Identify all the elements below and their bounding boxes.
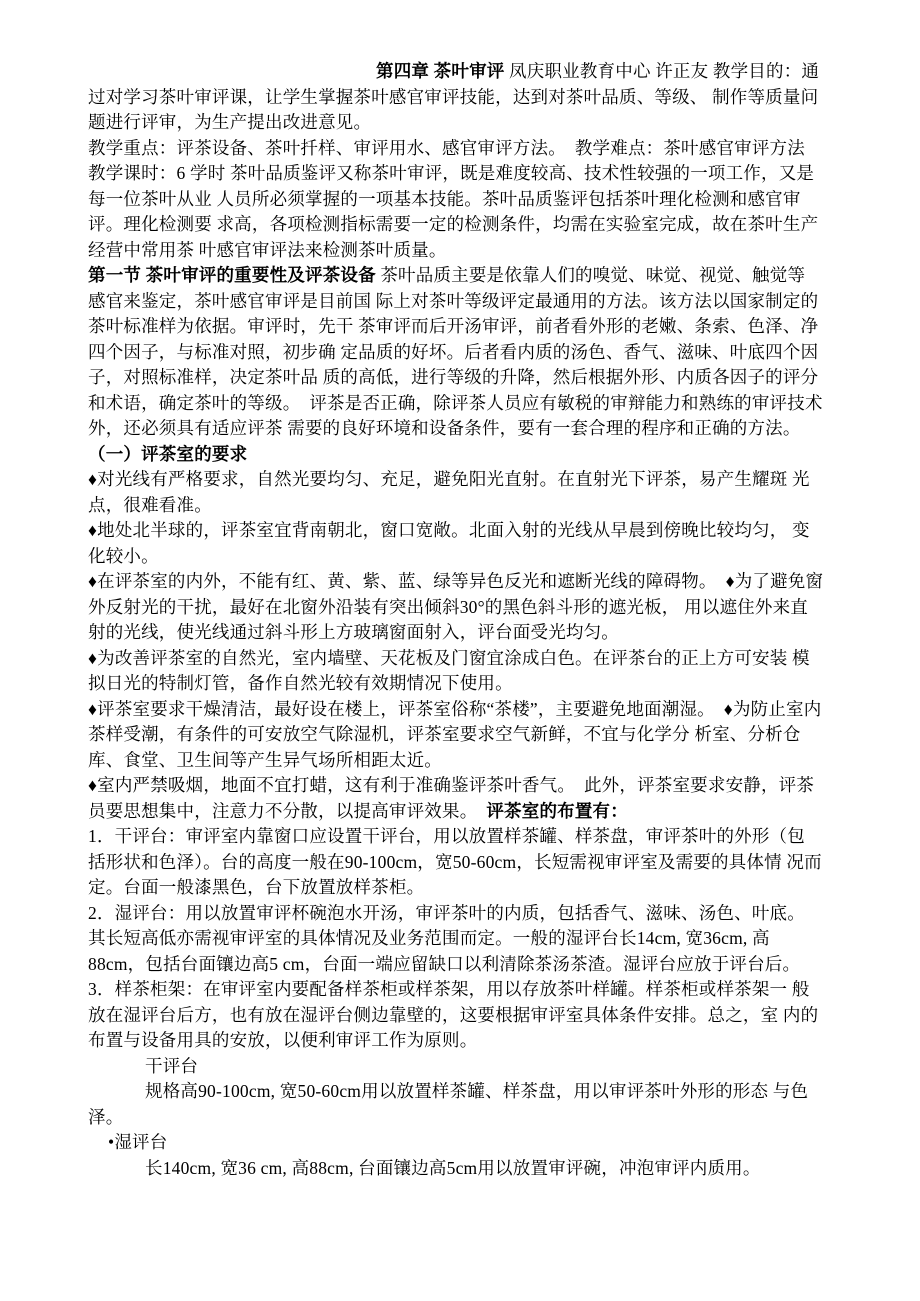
text-line: ♦为改善评茶室的自然光，室内墙壁、天花板及门窗宜涂成白色。在评茶台的正上方可安装… (88, 646, 836, 672)
text-line: 茶样受潮，有条件的可安放空气除湿机，评茶室要求空气新鲜，不宜与化学分 析室、分析… (88, 722, 836, 748)
text-segment: 放在湿评台后方，也有放在湿评台侧边靠壁的，这要根据审评室具体条件安排。总之，室 … (88, 1005, 818, 1025)
text-segment: 泽。 (88, 1107, 123, 1127)
document-body: 第四章 茶叶审评 凤庆职业教育中心 许正友 教学目的：通过对学习茶叶审评课，让学… (88, 59, 836, 1181)
text-line: 感官来鉴定，茶叶感官审评是目前国 际上对茶叶等级评定最通用的方法。该方法以国家制… (88, 289, 836, 315)
text-line: 定。台面一般漆黑色，台下放置放样茶柜。 (88, 875, 836, 901)
text-line: 茶叶标准样为依据。审评时，先干 茶审评而后开汤审评，前者看外形的老嫩、条索、色泽… (88, 314, 836, 340)
text-line: 点，很难看准。 (88, 493, 836, 519)
text-line: ♦地处北半球的，评茶室宜背南朝北，窗口宽敞。北面入射的光线从早晨到傍晚比较均匀，… (88, 518, 836, 544)
text-line: 泽。 (88, 1105, 836, 1131)
text-segment: 每一位茶叶从业 人员所必须掌握的一项基本技能。茶叶品质鉴评包括茶叶理化检测和感官… (88, 189, 801, 209)
text-segment: 射的光线，使光线通过斜斗形上方玻璃窗面射入，评台面受光均匀。 (88, 622, 619, 642)
text-line: 第四章 茶叶审评 凤庆职业教育中心 许正友 教学目的：通 (88, 59, 836, 85)
text-line: 四个因子，与标准对照，初步确 定品质的好坏。后者看内质的汤色、香气、滋味、叶底四… (88, 340, 836, 366)
text-line: 规格高90-100cm, 宽50-60cm用以放置样茶罐、样茶盘，用以审评茶叶外… (88, 1079, 836, 1105)
text-segment: 1．干评台：审评室内靠窗口应设置干评台，用以放置样茶罐、样茶盘，审评茶叶的外形（… (88, 826, 805, 846)
text-segment: 长140cm, 宽36 cm, 高88cm, 台面镶边高5cm用以放置审评碗，冲… (145, 1158, 761, 1178)
bold-text-segment: 第四章 茶叶审评 (376, 61, 504, 81)
bold-text-segment: （一）评茶室的要求 (88, 444, 247, 464)
text-segment: 题进行评审，为生产提出改进意见。 (88, 112, 371, 132)
text-line: ♦评茶室要求干燥清洁，最好设在楼上，评茶室俗称“茶楼”，主要避免地面潮湿。 ♦为… (88, 697, 836, 723)
text-segment: 四个因子，与标准对照，初步确 定品质的好坏。后者看内质的汤色、香气、滋味、叶底四… (88, 342, 818, 362)
bold-text-segment: 第一节 茶叶审评的重要性及评茶设备 (88, 265, 376, 285)
text-line: 教学重点：评茶设备、茶叶扦样、审评用水、感官审评方法。 教学难点：茶叶感官审评方… (88, 136, 836, 162)
text-line: 2．湿评台：用以放置审评杯碗泡水开汤，审评茶叶的内质，包括香气、滋味、汤色、叶底… (88, 901, 836, 927)
text-line: 和术语，确定茶叶的等级。 评茶是否正确，除评茶人员应有敏税的审辩能力和熟练的审评… (88, 391, 836, 417)
text-line: 题进行评审，为生产提出改进意见。 (88, 110, 836, 136)
text-segment: 拟日光的特制灯管，备作自然光较有效期情况下使用。 (88, 673, 513, 693)
bold-text-segment: 评茶室的布置有： (486, 801, 628, 821)
text-segment: 教学课时：6 学时 茶叶品质鉴评又称茶叶审评，既是难度较高、技术性较强的一项工作… (88, 163, 814, 183)
text-line: 1．干评台：审评室内靠窗口应设置干评台，用以放置样茶罐、样茶盘，审评茶叶的外形（… (88, 824, 836, 850)
text-segment: 外，还必须具有适应评茶 需要的良好环境和设备条件，要有一套合理的程序和正确的方法… (88, 418, 801, 438)
text-line: 过对学习茶叶审评课，让学生掌握茶叶感官审评技能，达到对茶叶品质、等级、 制作等质… (88, 85, 836, 111)
text-segment: 点，很难看准。 (88, 495, 212, 515)
text-line: 外，还必须具有适应评茶 需要的良好环境和设备条件，要有一套合理的程序和正确的方法… (88, 416, 836, 442)
text-segment: 88cm，包括台面镶边高5 cm，台面一端应留缺口以利清除茶汤茶渣。湿评台应放于… (88, 954, 800, 974)
text-segment: 评。理化检测要 求高，各项检测指标需要一定的检测条件，均需在实验室完成，故在茶叶… (88, 214, 818, 234)
text-line: 第一节 茶叶审评的重要性及评茶设备 茶叶品质主要是依靠人们的嗅觉、味觉、视觉、触… (88, 263, 836, 289)
text-line: 括形状和色泽）。台的高度一般在90-100cm，宽50-60cm，长短需视审评室… (88, 850, 836, 876)
document-page: 第四章 茶叶审评 凤庆职业教育中心 许正友 教学目的：通过对学习茶叶审评课，让学… (0, 0, 920, 1301)
text-segment: 其长短高低亦需视审评室的具体情况及业务范围而定。一般的湿评台长14cm, 宽36… (88, 928, 770, 948)
text-line: 评。理化检测要 求高，各项检测指标需要一定的检测条件，均需在实验室完成，故在茶叶… (88, 212, 836, 238)
text-segment: 过对学习茶叶审评课，让学生掌握茶叶感官审评技能，达到对茶叶品质、等级、 制作等质… (88, 87, 818, 107)
text-line: ♦在评茶室的内外，不能有红、黄、紫、蓝、绿等异色反光和遮断光线的障碍物。 ♦为了… (88, 569, 836, 595)
text-segment: 干评台 (145, 1056, 198, 1076)
text-line: 拟日光的特制灯管，备作自然光较有效期情况下使用。 (88, 671, 836, 697)
text-line: 干评台 (88, 1054, 836, 1080)
text-segment: 茶叶品质主要是依靠人们的嗅觉、味觉、视觉、触觉等 (376, 265, 805, 285)
text-line: 化较小。 (88, 544, 836, 570)
text-segment: 和术语，确定茶叶的等级。 评茶是否正确，除评茶人员应有敏税的审辩能力和熟练的审评… (88, 393, 823, 413)
text-line: 库、食堂、卫生间等产生异气场所相距太近。 (88, 748, 836, 774)
text-line: 88cm，包括台面镶边高5 cm，台面一端应留缺口以利清除茶汤茶渣。湿评台应放于… (88, 952, 836, 978)
text-segment: 凤庆职业教育中心 许正友 教学目的：通 (504, 61, 819, 81)
text-line: 其长短高低亦需视审评室的具体情况及业务范围而定。一般的湿评台长14cm, 宽36… (88, 926, 836, 952)
text-line: •湿评台 (88, 1130, 836, 1156)
text-segment: 经营中常用茶 叶感官审评法来检测茶叶质量。 (88, 240, 447, 260)
text-segment: •湿评台 (108, 1132, 167, 1152)
text-segment: 规格高90-100cm, 宽50-60cm用以放置样茶罐、样茶盘，用以审评茶叶外… (145, 1081, 808, 1101)
text-segment: ♦地处北半球的，评茶室宜背南朝北，窗口宽敞。北面入射的光线从早晨到傍晚比较均匀，… (88, 520, 810, 540)
text-line: 3．样茶柜架：在审评室内要配备样茶柜或样茶架，用以存放茶叶样罐。样茶柜或样茶架一… (88, 977, 836, 1003)
text-segment: 茶样受潮，有条件的可安放空气除湿机，评茶室要求空气新鲜，不宜与化学分 析室、分析… (88, 724, 801, 744)
text-line: 外反射光的干扰，最好在北窗外沿装有突出倾斜30°的黑色斜斗形的遮光板， 用以遮住… (88, 595, 836, 621)
text-segment: ♦室内严禁吸烟，地面不宜打蜡，这有利于准确鉴评茶叶香气。 此外，评茶室要求安静，… (88, 775, 814, 795)
text-segment: 子，对照标准样，决定茶叶品 质的高低，进行等级的升降，然后根据外形、内质各因子的… (88, 367, 818, 387)
text-segment: 库、食堂、卫生间等产生异气场所相距太近。 (88, 750, 442, 770)
text-line: 长140cm, 宽36 cm, 高88cm, 台面镶边高5cm用以放置审评碗，冲… (88, 1156, 836, 1182)
text-segment: 化较小。 (88, 546, 159, 566)
text-segment: 3．样茶柜架：在审评室内要配备样茶柜或样茶架，用以存放茶叶样罐。样茶柜或样茶架一… (88, 979, 810, 999)
text-line: 布置与设备用具的安放，以便利审评工作为原则。 (88, 1028, 836, 1054)
text-line: ♦对光线有严格要求，自然光要均匀、充足，避免阳光直射。在直射光下评茶，易产生耀斑… (88, 467, 836, 493)
text-segment: 教学重点：评茶设备、茶叶扦样、审评用水、感官审评方法。 教学难点：茶叶感官审评方… (88, 138, 805, 158)
text-line: 每一位茶叶从业 人员所必须掌握的一项基本技能。茶叶品质鉴评包括茶叶理化检测和感官… (88, 187, 836, 213)
text-line: 员要思想集中，注意力不分散，以提高审评效果。 评茶室的布置有： (88, 799, 836, 825)
text-line: 放在湿评台后方，也有放在湿评台侧边靠壁的，这要根据审评室具体条件安排。总之，室 … (88, 1003, 836, 1029)
text-segment: ♦在评茶室的内外，不能有红、黄、紫、蓝、绿等异色反光和遮断光线的障碍物。 ♦为了… (88, 571, 823, 591)
text-segment: 员要思想集中，注意力不分散，以提高审评效果。 (88, 801, 486, 821)
text-segment: ♦为改善评茶室的自然光，室内墙壁、天花板及门窗宜涂成白色。在评茶台的正上方可安装… (88, 648, 810, 668)
text-segment: 茶叶标准样为依据。审评时，先干 茶审评而后开汤审评，前者看外形的老嫩、条索、色泽… (88, 316, 818, 336)
text-line: ♦室内严禁吸烟，地面不宜打蜡，这有利于准确鉴评茶叶香气。 此外，评茶室要求安静，… (88, 773, 836, 799)
text-segment: 感官来鉴定，茶叶感官审评是目前国 际上对茶叶等级评定最通用的方法。该方法以国家制… (88, 291, 818, 311)
text-line: 经营中常用茶 叶感官审评法来检测茶叶质量。 (88, 238, 836, 264)
text-line: 教学课时：6 学时 茶叶品质鉴评又称茶叶审评，既是难度较高、技术性较强的一项工作… (88, 161, 836, 187)
text-segment: ♦对光线有严格要求，自然光要均匀、充足，避免阳光直射。在直射光下评茶，易产生耀斑… (88, 469, 810, 489)
text-line: 子，对照标准样，决定茶叶品 质的高低，进行等级的升降，然后根据外形、内质各因子的… (88, 365, 836, 391)
text-segment: 定。台面一般漆黑色，台下放置放样茶柜。 (88, 877, 424, 897)
text-segment: 布置与设备用具的安放，以便利审评工作为原则。 (88, 1030, 477, 1050)
text-segment: 括形状和色泽）。台的高度一般在90-100cm，宽50-60cm，长短需视审评室… (88, 852, 822, 872)
text-segment: ♦评茶室要求干燥清洁，最好设在楼上，评茶室俗称“茶楼”，主要避免地面潮湿。 ♦为… (88, 699, 821, 719)
text-segment: 2．湿评台：用以放置审评杯碗泡水开汤，审评茶叶的内质，包括香气、滋味、汤色、叶底… (88, 903, 805, 923)
text-line: （一）评茶室的要求 (88, 442, 836, 468)
text-segment: 外反射光的干扰，最好在北窗外沿装有突出倾斜30°的黑色斜斗形的遮光板， 用以遮住… (88, 597, 808, 617)
text-line: 射的光线，使光线通过斜斗形上方玻璃窗面射入，评台面受光均匀。 (88, 620, 836, 646)
